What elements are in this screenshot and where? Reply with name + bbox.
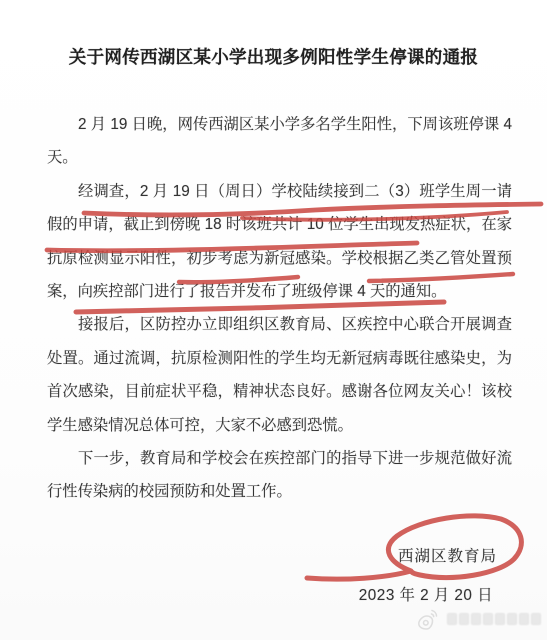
paragraph-line: 2 月 19 日晚，网传西湖区某小学多名学生阳性，下周该班停课 4	[47, 108, 512, 141]
weibo-icon	[416, 606, 440, 632]
paragraph-line: 学生感染情况总体可控，大家不必感到恐慌。	[47, 409, 512, 442]
watermark-text	[447, 613, 541, 625]
signature: 西湖区教育局	[0, 546, 497, 568]
paragraph: 下一步，教育局和学校会在疾控部门的指导下进一步规范做好流 行性传染病的校园预防和…	[47, 442, 512, 509]
paragraph-line: 接报后，区防控办立即组织区教育局、区疾控中心联合开展调查	[47, 308, 512, 341]
paragraph-line: 首次感染，目前症状平稳，精神状态良好。感谢各位网友关心！该校	[47, 375, 512, 408]
paragraph-line: 处置。通过流调，抗原检测阳性的学生均无新冠病毒既往感染史，为	[47, 342, 512, 375]
paragraph-line: 行性传染病的校园预防和处置工作。	[47, 475, 512, 508]
paragraph-line: 案，向疾控部门进行了报告并发布了班级停课 4 天的通知。	[47, 275, 512, 308]
paragraph-line: 天。	[47, 141, 512, 174]
paragraph-line: 经调查，2 月 19 日（周日）学校陆续接到二（3）班学生周一请	[47, 175, 512, 208]
paragraph-line: 假的申请，截止到傍晚 18 时该班共计 10 位学生出现发热症状，在家	[47, 208, 512, 241]
paragraph: 接报后，区防控办立即组织区教育局、区疾控中心联合开展调查 处置。通过流调，抗原检…	[47, 308, 512, 442]
paragraph-line: 下一步，教育局和学校会在疾控部门的指导下进一步规范做好流	[47, 442, 512, 475]
notice-body: 2 月 19 日晚，网传西湖区某小学多名学生阳性，下周该班停课 4 天。 经调查…	[47, 108, 512, 509]
paragraph-line: 抗原检测显示阳性，初步考虑为新冠感染。学校根据乙类乙管处置预	[47, 242, 512, 275]
weibo-watermark	[416, 606, 541, 632]
paragraph: 经调查，2 月 19 日（周日）学校陆续接到二（3）班学生周一请 假的申请，截止…	[47, 175, 512, 309]
date: 2023 年 2 月 20 日	[359, 583, 493, 605]
paragraph: 2 月 19 日晚，网传西湖区某小学多名学生阳性，下周该班停课 4 天。	[47, 108, 512, 175]
notice-title: 关于网传西湖区某小学出现多例阳性学生停课的通报	[0, 44, 547, 69]
notice-photo: 关于网传西湖区某小学出现多例阳性学生停课的通报 2 月 19 日晚，网传西湖区某…	[0, 0, 547, 640]
